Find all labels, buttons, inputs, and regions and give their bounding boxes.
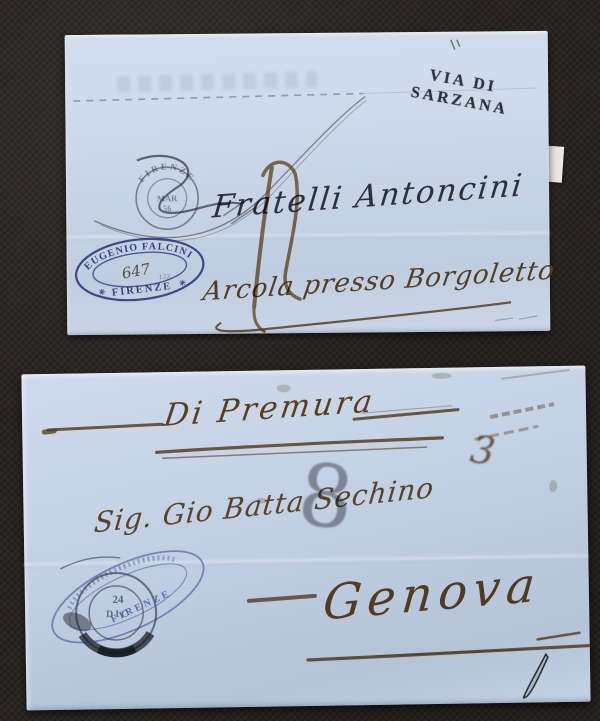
firenze-datestamp: FIRENZE MAR 56 xyxy=(136,155,256,229)
pen-curve-line xyxy=(93,96,366,238)
crease-dashes-faint xyxy=(363,88,537,94)
oval-outer xyxy=(40,532,217,661)
destination-rule-lines xyxy=(249,592,590,661)
manuscript-number-small: 122 xyxy=(158,273,170,281)
endorsement-rule-lines xyxy=(44,406,459,460)
merchant-oval-stamp: EUGENIO FALCINI ✳ FIRENZE ✳ 647 122 xyxy=(73,232,207,306)
bottom-letter-ink-overlay: 3 8 24 DIC FIRENZE xyxy=(21,366,590,711)
pen-flourish-over-stamp xyxy=(137,155,241,213)
side-mark-3-digit: 3 xyxy=(467,427,498,474)
bottom-letter-cover: Di Premura Sig. Gio Batta Sechino Genova xyxy=(21,366,590,711)
pen-arc-above xyxy=(60,557,120,569)
brown-rate-mark xyxy=(253,162,301,331)
datestamp-day: 24 xyxy=(112,594,124,606)
blue-oval-stamp: FIRENZE xyxy=(40,532,217,661)
side-mark-3: 3 xyxy=(466,370,571,475)
pen-loop-mark xyxy=(523,654,549,698)
pen-curve-line-echo xyxy=(99,100,367,241)
small-pen-tick xyxy=(451,40,460,50)
top-letter-cover: VIA DI SARZANA Fratelli Antoncini Arcola… xyxy=(65,31,551,335)
manuscript-number: 647 xyxy=(120,260,152,283)
top-letter-ink-overlay: FIRENZE MAR 56 EUGENIO FALCINI ✳ FIRENZE… xyxy=(65,31,551,335)
crease-dashes xyxy=(73,94,363,102)
pencil-note xyxy=(495,316,537,320)
rate-mark-8: 8 xyxy=(293,445,358,550)
ornament-left-icon: ✳ xyxy=(98,287,106,297)
ornament-right-icon: ✳ xyxy=(179,278,187,288)
photo-of-two-postal-covers: VIA DI SARZANA Fratelli Antoncini Arcola… xyxy=(0,0,600,721)
